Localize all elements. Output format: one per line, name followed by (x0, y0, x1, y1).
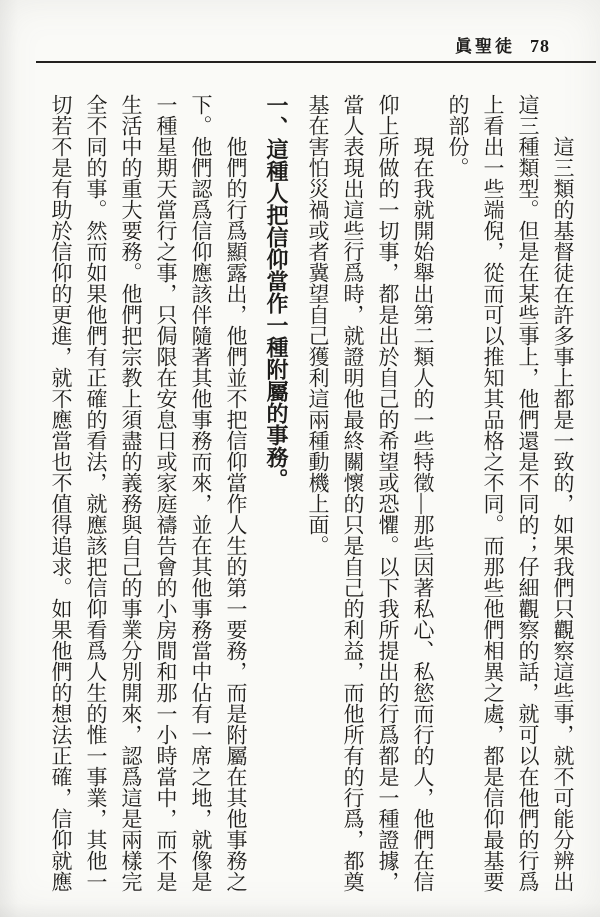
paragraph3-line: 生活中的重大要務。他們把宗教上須盡的義務與自己的事業分別開來，認爲這是兩樣完 (113, 94, 148, 898)
vertical-text-body: 這三類的基督徒在許多事上都是一致的，如果我們只觀察這些事，就不可能分辨出 這三種… (43, 94, 580, 898)
paragraph2-line: 仰上所做的一切事，都是出於自己的希望或恐懼。以下我所提出的行爲都是一種證據， (370, 94, 405, 898)
running-head: 眞聖徒 78 (455, 32, 550, 57)
paragraph1-line: 這三種類型。但是在某些事上，他們還是不同的；仔細觀察的話，就可以在他們的行爲 (510, 94, 545, 898)
paragraph2-line: 當人表現出這些行爲時，就證明他最終關懷的只是自己的利益，而他所有的行爲，都奠 (335, 94, 370, 898)
paragraph3-line: 他們的行爲顯露出，他們並不把信仰當作人生的第一要務，而是附屬在其他事務之 (218, 94, 253, 898)
section-heading: 一、這種人把信仰當作一種附屬的事務。 (253, 94, 300, 898)
paragraph3-line: 切若不是有助於信仰的更進，就不應當也不值得追求。如果他們的想法正確，信仰就應 (43, 94, 78, 898)
paragraph2-line: 基在害怕災禍或者冀望自己獲利這兩種動機上面。 (300, 94, 335, 898)
page-number: 78 (530, 36, 550, 57)
paragraph3-line: 一種星期天當行之事，只侷限在安息日或家庭禱告會的小房間和那一小時當中，而不是 (148, 94, 183, 898)
paragraph1-line: 上看出一些端倪，從而可以推知其品格之不同。而那些他們相異之處，都是信仰最基要 (475, 94, 510, 898)
book-title: 眞聖徒 (455, 32, 515, 57)
paragraph1-line: 這三類的基督徒在許多事上都是一致的，如果我們只觀察這些事，就不可能分辨出 (545, 94, 580, 898)
paragraph1-line: 的部份。 (440, 94, 475, 898)
paragraph2-line: 現在我就開始舉出第二類人的一些特徵—那些因著私心、私慾而行的人，他們在信 (405, 94, 440, 898)
header-rule (36, 61, 596, 63)
paragraph3-line: 全不同的事。然而如果他們有正確的看法，就應該把信仰看爲人生的惟一事業，其他一 (78, 94, 113, 898)
paragraph3-line: 下。他們認爲信仰應該伴隨著其他事務而來，並在其他事務當中佔有一席之地，就像是 (183, 94, 218, 898)
scanned-book-page: 眞聖徒 78 這三類的基督徒在許多事上都是一致的，如果我們只觀察這些事，就不可能… (0, 0, 600, 917)
